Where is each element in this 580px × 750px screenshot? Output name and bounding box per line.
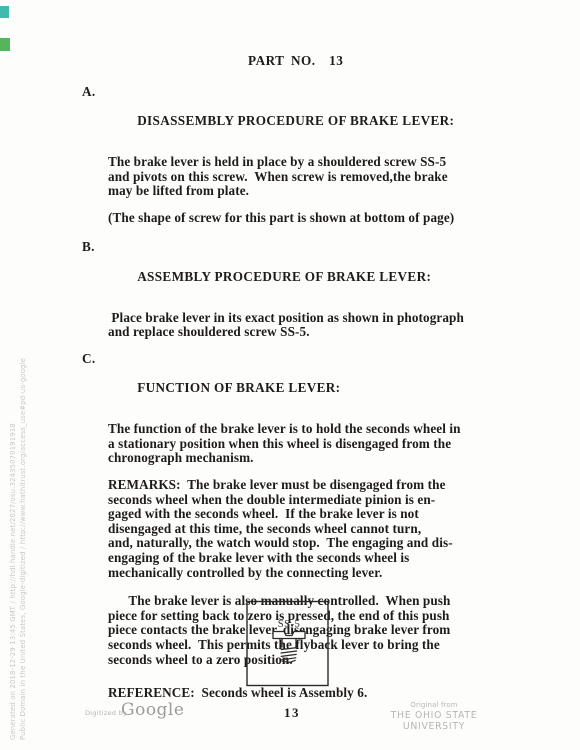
section-a-heading: A. DISASSEMBLY PROCEDURE OF BRAKE LEVER: [108,85,570,143]
section-c-heading-text: FUNCTION OF BRAKE LEVER: [137,380,340,395]
margin-public-domain-text: Public Domain in the United States, Goog… [19,358,27,740]
section-c-letter: C. [82,352,96,367]
section-c-paragraph-function: The function of the brake lever is to ho… [108,422,570,466]
page-title: PART NO. 13 [108,54,570,69]
section-a-heading-text: DISASSEMBLY PROCEDURE OF BRAKE LEVER: [137,113,454,128]
screw-ss5-diagram: SS-5 [246,600,330,688]
document-content: PART NO. 13 A. DISASSEMBLY PROCEDURE OF … [108,54,570,714]
section-a: A. DISASSEMBLY PROCEDURE OF BRAKE LEVER:… [108,85,570,226]
section-c-paragraph-manual: The brake lever is also manually control… [108,594,570,667]
section-b-heading: B. ASSEMBLY PROCEDURE OF BRAKE LEVER: [108,240,570,298]
section-a-paragraph-2: (The shape of screw for this part is sho… [108,211,570,226]
section-b-letter: B. [82,240,95,255]
scan-color-mark-green [0,38,10,51]
section-b: B. ASSEMBLY PROCEDURE OF BRAKE LEVER: Pl… [108,240,570,340]
footer-attribution: Original from THE OHIO STATE UNIVERSITY [364,701,504,732]
screw-label: SS-5 [278,619,300,630]
section-c-heading: C. FUNCTION OF BRAKE LEVER: [108,352,570,410]
screw-figure: SS-5 [246,600,330,688]
margin-generated-text: Generated on 2018-12-29 13:45 GMT / http… [9,423,17,740]
page-number: 13 [284,705,300,721]
section-b-heading-text: ASSEMBLY PROCEDURE OF BRAKE LEVER: [137,269,431,284]
scanned-document-page: Generated on 2018-12-29 13:45 GMT / http… [0,0,580,750]
section-b-paragraph-1: Place brake lever in its exact position … [108,311,570,340]
institution-label: THE OHIO STATE UNIVERSITY [364,710,504,732]
section-a-letter: A. [82,85,96,100]
section-c: C. FUNCTION OF BRAKE LEVER: The function… [108,352,570,701]
google-wordmark: Google [121,700,184,720]
original-from-label: Original from [364,701,504,709]
scan-color-mark-teal [0,6,9,18]
section-a-paragraph-1: The brake lever is held in place by a sh… [108,155,570,199]
section-c-paragraph-reference: REFERENCE: Seconds wheel is Assembly 6. [108,686,570,701]
section-c-paragraph-remarks: REMARKS: The brake lever must be disenga… [108,478,570,580]
